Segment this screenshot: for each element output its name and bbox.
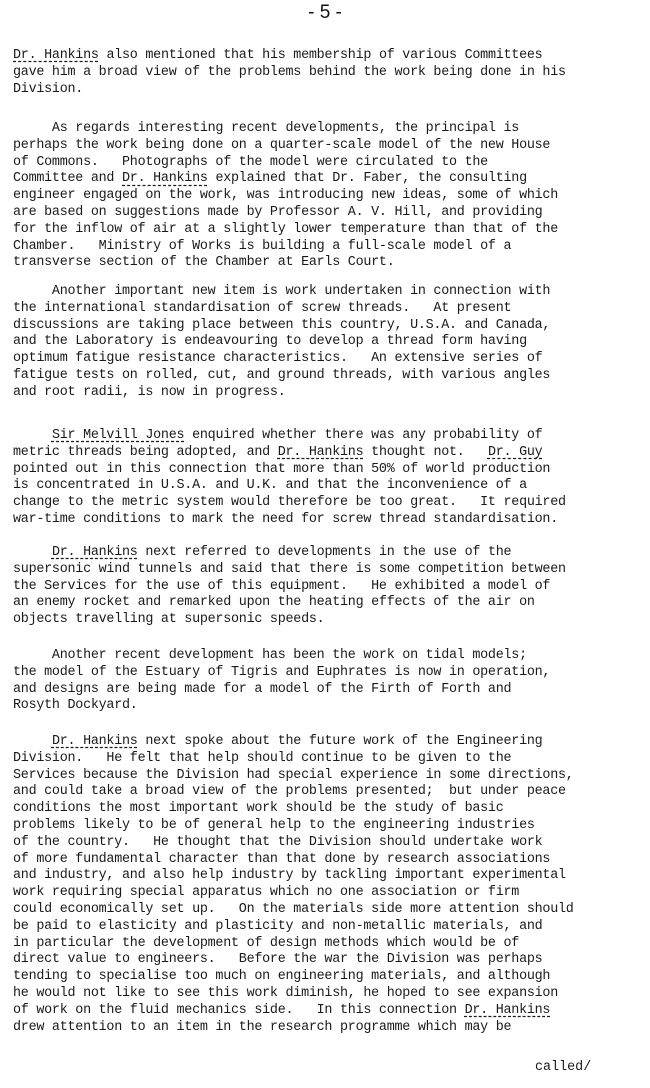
text-line: As regards interesting recent developmen… — [13, 121, 645, 138]
text-line: engineer engaged on the work, was introd… — [13, 188, 645, 205]
text-line: tending to specialise too much on engine… — [13, 969, 645, 986]
text-line: be paid to elasticity and plasticity and… — [13, 919, 645, 936]
text-line: and designs are being made for a model o… — [13, 682, 645, 699]
underlined-name: Dr. Hankins — [13, 48, 99, 63]
text-line: and root radii, is now in progress. — [13, 385, 645, 402]
text-line: of more fundamental character than that … — [13, 852, 645, 869]
text-line: Chamber. Ministry of Works is building a… — [13, 239, 645, 256]
text-line: war-time conditions to mark the need for… — [13, 512, 645, 529]
text-line: the Services for the use of this equipme… — [13, 579, 645, 596]
text-line: Division. He felt that help should conti… — [13, 751, 645, 768]
text-line: of work on the fluid mechanics side. In … — [13, 1003, 645, 1020]
paragraph: Dr. Hankins next spoke about the future … — [13, 734, 645, 1036]
text-line: gave him a broad view of the problems be… — [13, 65, 645, 82]
underlined-name: Dr. Hankins — [278, 445, 364, 460]
text-line: discussions are taking place between thi… — [13, 318, 645, 335]
text-line: drew attention to an item in the researc… — [13, 1020, 645, 1037]
text-line: the model of the Estuary of Tigris and E… — [13, 665, 645, 682]
underlined-name: Dr. Hankins — [52, 734, 138, 749]
text-line: Dr. Hankins also mentioned that his memb… — [13, 48, 645, 65]
text-line: supersonic wind tunnels and said that th… — [13, 562, 645, 579]
text-line: metric threads being adopted, and Dr. Ha… — [13, 445, 645, 462]
paragraph: Dr. Hankins also mentioned that his memb… — [13, 48, 645, 98]
text-line: problems likely to be of general help to… — [13, 818, 645, 835]
paragraph: Dr. Hankins next referred to development… — [13, 545, 645, 629]
text-line: Committee and Dr. Hankins explained that… — [13, 171, 645, 188]
text-line: direct value to engineers. Before the wa… — [13, 952, 645, 969]
text-line: objects travelling at supersonic speeds. — [13, 612, 645, 629]
text-line: transverse section of the Chamber at Ear… — [13, 255, 645, 272]
text-line: is concentrated in U.S.A. and U.K. and t… — [13, 478, 645, 495]
text-line: Sir Melvill Jones enquired whether there… — [13, 428, 645, 445]
text-line: Services because the Division had specia… — [13, 768, 645, 785]
text-line: fatigue tests on rolled, cut, and ground… — [13, 368, 645, 385]
text-line: Dr. Hankins next spoke about the future … — [13, 734, 645, 751]
text-line: Another important new item is work under… — [13, 284, 645, 301]
underlined-name: Dr. Guy — [488, 445, 543, 460]
text-line: and could take a broad view of the probl… — [13, 784, 645, 801]
underlined-name: Dr. Hankins — [465, 1003, 551, 1018]
text-line: the international standardisation of scr… — [13, 301, 645, 318]
text-line: and the Laboratory is endeavouring to de… — [13, 334, 645, 351]
text-line: optimum fatigue resistance characteristi… — [13, 351, 645, 368]
text-line: in particular the development of design … — [13, 936, 645, 953]
text-line: Another recent development has been the … — [13, 648, 645, 665]
paragraph: As regards interesting recent developmen… — [13, 121, 645, 272]
text-line: Division. — [13, 82, 645, 99]
text-line: pointed out in this connection that more… — [13, 462, 645, 479]
underlined-name: Dr. Hankins — [122, 171, 208, 186]
text-line: conditions the most important work shoul… — [13, 801, 645, 818]
paragraph: Sir Melvill Jones enquired whether there… — [13, 428, 645, 529]
text-line: of Commons. Photographs of the model wer… — [13, 155, 645, 172]
underlined-name: Sir Melvill Jones — [52, 428, 184, 443]
text-line: are based on suggestions made by Profess… — [13, 205, 645, 222]
paragraph: Another recent development has been the … — [13, 648, 645, 715]
text-line: of the country. He thought that the Divi… — [13, 835, 645, 852]
paragraph: Another important new item is work under… — [13, 284, 645, 402]
text-line: could economically set up. On the materi… — [13, 902, 645, 919]
text-line: work requiring special apparatus which n… — [13, 885, 645, 902]
text-line: Rosyth Dockyard. — [13, 698, 645, 715]
page-number: - 5 - — [0, 2, 650, 24]
text-line: perhaps the work being done on a quarter… — [13, 138, 645, 155]
text-line: for the inflow of air at a slightly lowe… — [13, 222, 645, 239]
catchword: called/ — [535, 1060, 591, 1075]
text-line: an enemy rocket and remarked upon the he… — [13, 595, 645, 612]
underlined-name: Dr. Hankins — [52, 545, 138, 560]
text-line: he would not like to see this work dimin… — [13, 986, 645, 1003]
text-line: and industry, and also help industry by … — [13, 868, 645, 885]
text-line: Dr. Hankins next referred to development… — [13, 545, 645, 562]
text-line: change to the metric system would theref… — [13, 495, 645, 512]
